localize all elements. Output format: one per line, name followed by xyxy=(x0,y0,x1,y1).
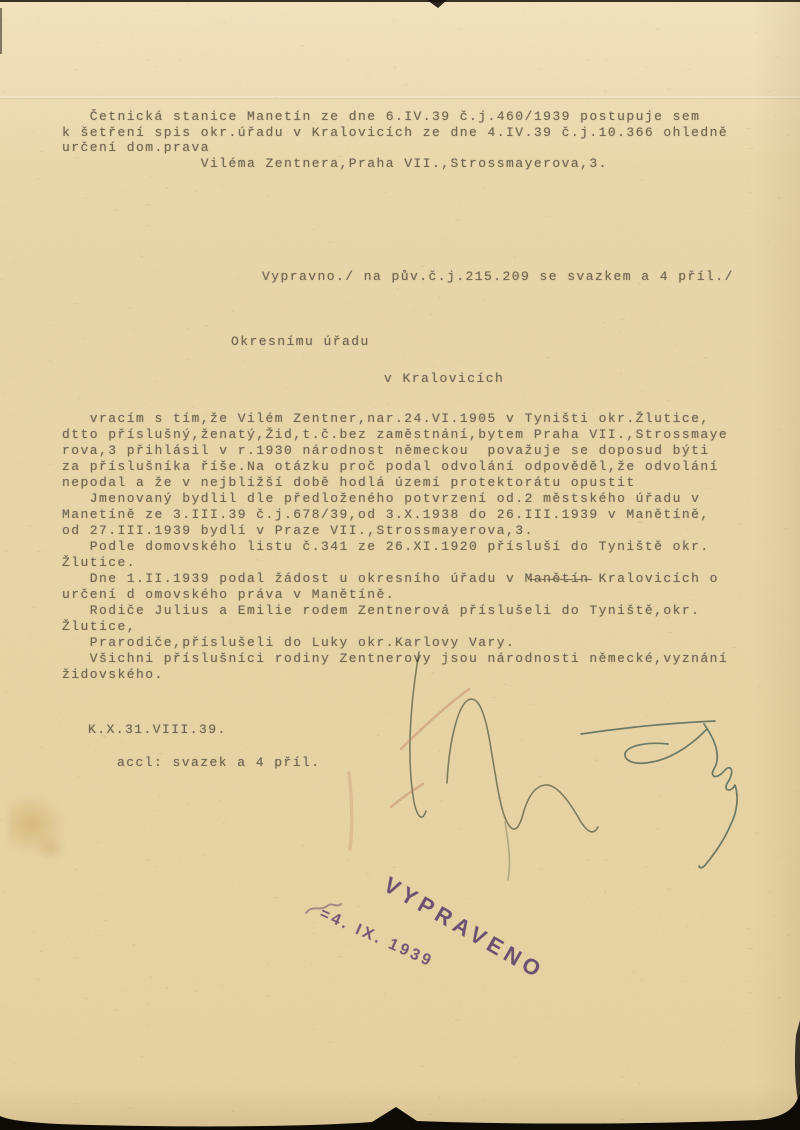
date-reference: K.X.31.VIII.39. xyxy=(88,722,227,738)
scan-edge-top xyxy=(0,0,800,2)
red-pencil-marks xyxy=(349,689,469,849)
paper-shadow-right xyxy=(754,0,800,1130)
scan-edge-top-notch xyxy=(427,0,447,8)
paper-stain-small xyxy=(36,836,66,860)
scanned-document-page: Četnická stanice Manetín ze dne 6.IV.39 … xyxy=(0,0,800,1130)
vypraveno-stamp: VYPRAVENO =4. IX. 1939 xyxy=(358,872,550,1023)
addressee-office: Okresnímu úřadu xyxy=(231,334,370,350)
enclosure-note: accl: svazek a 4 příl. xyxy=(117,755,321,771)
dispatch-note: Vypravno./ na pův.č.j.215.209 se svazkem… xyxy=(262,269,734,285)
signature-left xyxy=(410,652,598,880)
body-paragraphs: vracím s tím,že Vilém Zentner,nar.24.VI.… xyxy=(62,411,728,683)
addressee-place: v Kralovicích xyxy=(384,371,504,387)
scan-edge-left xyxy=(0,8,2,54)
intro-paragraph: Četnická stanice Manetín ze dne 6.IV.39 … xyxy=(62,109,728,171)
paper-crease xyxy=(0,96,800,98)
paper-shadow-bottom xyxy=(0,1084,800,1130)
signature-right xyxy=(581,721,737,868)
